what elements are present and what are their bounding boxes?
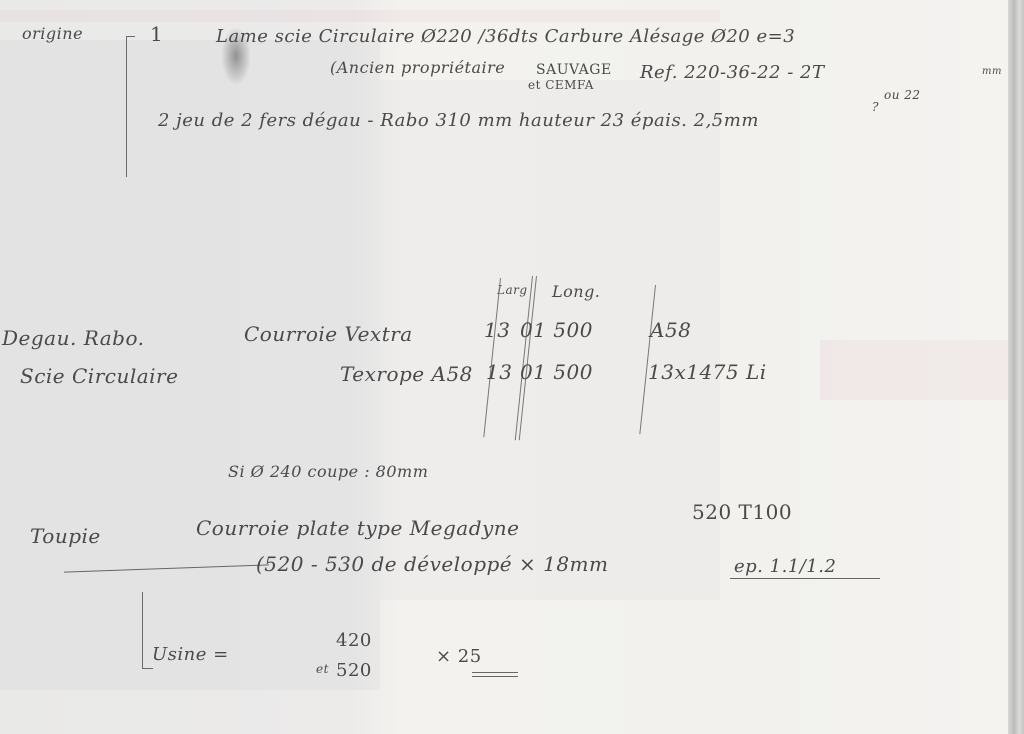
row1-machine: Degau. Rabo.: [2, 326, 144, 350]
toupie-belt-ref: 520 T100: [692, 500, 792, 524]
column-header-larg: Larg: [497, 283, 528, 297]
toupie-label: Toupie: [30, 524, 101, 548]
item1-unit: mm: [982, 66, 1002, 77]
row2-machine: Scie Circulaire: [20, 364, 178, 388]
binder-edge: [1008, 0, 1024, 734]
item1-reference: Ref. 220-36-22 - 2T: [640, 62, 824, 83]
origin-bracket: [126, 36, 135, 177]
item1-previous-owner: (Ancien propriétaire: [330, 58, 505, 77]
item1-reference-alt: ou 22: [884, 88, 921, 102]
row1-larg: 13: [484, 318, 510, 342]
item1-text: Lame scie Circulaire Ø220 /36dts Carbure…: [216, 26, 795, 47]
toupie-belt-thickness: ep. 1.1/1.2: [734, 556, 836, 577]
toupie-belt-length: (520 - 530 de développé × 18mm: [256, 552, 608, 576]
row2-larg: 13: [486, 360, 512, 384]
row1-belt: Courroie Vextra: [244, 322, 413, 346]
background-bleed-through-pink-top: [0, 10, 720, 22]
usine-double-underline-1: [472, 672, 518, 673]
item1-number: 1: [150, 22, 163, 46]
usine-value-bottom: 520: [336, 660, 372, 681]
row2-ref: 13x1475 Li: [648, 360, 767, 384]
usine-value-top: 420: [336, 630, 372, 651]
scanned-paper-sheet: origine 1 Lame scie Circulaire Ø220 /36d…: [0, 0, 1008, 734]
item1-supplier-alt: et CEMFA: [528, 78, 594, 92]
item2-query-mark: ?: [872, 100, 879, 114]
row2-belt: Texrope A58: [340, 362, 473, 386]
toupie-belt-type: Courroie plate type Megadyne: [196, 516, 520, 540]
thickness-underline: [730, 578, 880, 579]
column-header-long: Long.: [552, 282, 600, 301]
usine-double-underline-2: [472, 676, 518, 677]
usine-width: × 25: [436, 646, 482, 667]
row1-long: 01 500: [520, 318, 593, 342]
usine-label: Usine =: [152, 644, 229, 665]
background-bleed-through-pink: [820, 340, 1010, 400]
usine-et: et: [316, 662, 329, 676]
row1-ref: A58: [650, 318, 691, 342]
item2-text: 2 jeu de 2 fers dégau - Rabo 310 mm haut…: [158, 110, 759, 131]
origin-label: origine: [22, 24, 83, 43]
blade-size-note: Si Ø 240 coupe : 80mm: [228, 462, 428, 481]
item1-supplier: SAUVAGE: [536, 62, 612, 78]
row2-long: 01 500: [520, 360, 593, 384]
